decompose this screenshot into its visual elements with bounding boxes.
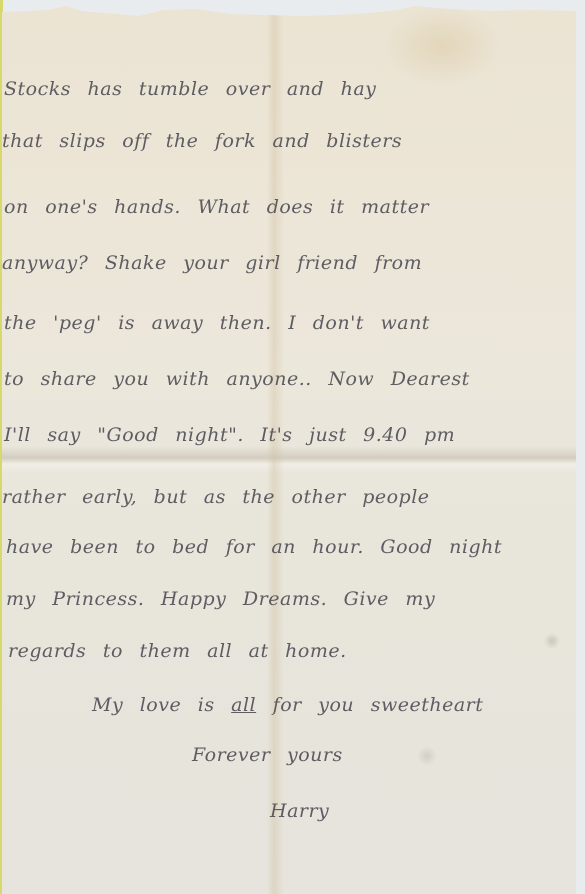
letter-line-3: on one's hands. What does it matter (4, 196, 429, 218)
letter-line-6: to share you with anyone.. Now Dearest (4, 368, 470, 390)
letter-line-8: rather early, but as the other people (2, 486, 430, 508)
closing: Forever yours (192, 744, 343, 766)
love-line-text: My love is all for you sweetheart (92, 694, 483, 716)
signature: Harry (270, 800, 329, 822)
letter-line-9: have been to bed for an hour. Good night (6, 536, 502, 558)
letter-line-5: the 'peg' is away then. I don't want (4, 312, 430, 334)
letter-line-7: I'll say "Good night". It's just 9.40 pm (4, 424, 455, 446)
letter-line-4: anyway? Shake your girl friend from (2, 252, 422, 274)
letter-line-1: Stocks has tumble over and hay (4, 78, 376, 100)
letter-line-12: My love is all for you sweetheart (92, 694, 483, 716)
letter-line-10: my Princess. Happy Dreams. Give my (6, 588, 435, 610)
letter-line-2: that slips off the fork and blisters (2, 130, 402, 152)
letter-line-11: regards to them all at home. (8, 640, 347, 662)
underlined-word: all (231, 694, 256, 716)
